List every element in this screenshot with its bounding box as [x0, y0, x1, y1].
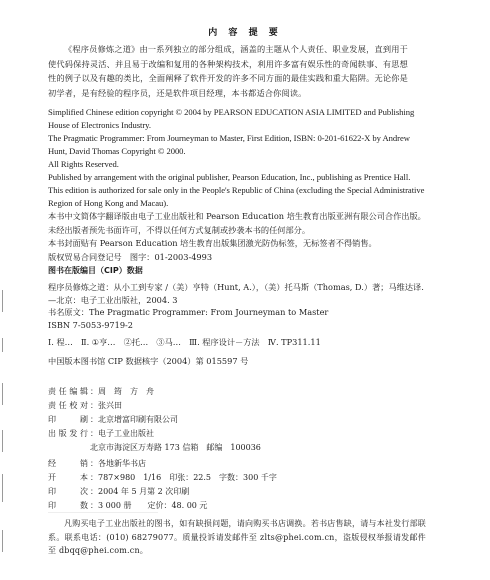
- copyright-cn-line: 本书封面贴有 Pearson Education 培生教育出版集团激光防伪标签，…: [48, 237, 413, 251]
- credit-row-proofreader: 责任校对： 张兴田: [48, 399, 348, 413]
- scan-edge-mark: [2, 474, 3, 502]
- copyright-cn-line: 本书中文简体字翻译版由电子工业出版社和 Pearson Education 培生…: [48, 210, 413, 224]
- copyright-line: All Rights Reserved.: [48, 158, 413, 171]
- scan-edge-mark: [2, 383, 3, 405]
- copyright-line: Simplified Chinese edition copyright © 2…: [48, 106, 413, 119]
- copyright-cn-line: 版权贸易合同登记号 图字：01-2003-4993: [48, 251, 413, 265]
- credit-row-distributor: 经 销： 各地新华书店: [48, 457, 348, 471]
- copyright-line: House of Electronics Industry.: [48, 119, 413, 132]
- credit-row-format: 开 本： 787×980 1/16 印张：22.5 字数：300 千字: [48, 471, 348, 485]
- credit-label: 出版发行: [48, 427, 88, 441]
- cip-line: —北京：电子工业出版社，2004. 3: [48, 294, 413, 307]
- copyright-line: This edition is authorized for sale only…: [48, 184, 413, 197]
- cip-line: ISBN 7-5053-9719-2: [48, 319, 413, 332]
- credit-label: 印 次: [48, 485, 88, 499]
- credit-value: 各地新华书店: [98, 457, 146, 471]
- credit-label: 印 刷: [48, 413, 88, 427]
- classification-line: Ⅰ. 程… Ⅱ. ①亨… ②托… ③马… Ⅲ. 程序设计－方法 Ⅳ. TP311…: [48, 336, 413, 349]
- credit-row-print-run: 印 数： 3 000 册 定价：48. 00 元: [48, 499, 348, 513]
- credit-row-editor: 责任编辑： 周 筠 方 舟: [48, 385, 348, 399]
- cip-library-record: 中国版本图书馆 CIP 数据核字（2004）第 015597 号: [48, 355, 413, 368]
- credit-row-edition: 印 次： 2004 年 5 月第 2 次印刷: [48, 485, 348, 499]
- credit-value: 3 000 册 定价：48. 00 元: [98, 499, 207, 513]
- credit-value: 张兴田: [98, 399, 122, 413]
- credit-row-printer: 印 刷： 北京增富印刷有限公司: [48, 413, 348, 427]
- credit-value: 电子工业出版社: [98, 427, 154, 441]
- credit-value: 北京增富印刷有限公司: [98, 413, 178, 427]
- publishing-credits: 责任编辑： 周 筠 方 舟 责任校对： 张兴田 印 刷： 北京增富印刷有限公司 …: [48, 385, 348, 513]
- copyright-line: The Pragmatic Programmer: From Journeyma…: [48, 132, 413, 145]
- credit-label: 印 数: [48, 499, 88, 513]
- scan-edge-mark: [2, 530, 3, 552]
- credit-label: 经 销: [48, 457, 88, 471]
- credit-label: 责任校对: [48, 399, 88, 413]
- library-record-line: 中国版本图书馆 CIP 数据核字（2004）第 015597 号: [48, 355, 413, 368]
- copyright-notice-chinese: 本书中文简体字翻译版由电子工业出版社和 Pearson Education 培生…: [48, 210, 413, 264]
- credit-label: 开 本: [48, 471, 88, 485]
- copyright-line: Region of Hong Kong and Macau).: [48, 197, 413, 210]
- copyright-page: 内 容 提 要 《程序员修炼之道》由一系列独立的部分组成，涵盖的主题从个人责任、…: [0, 0, 490, 580]
- cip-record: 程序员修炼之道：从小工到专家 /（美）亨特（Hunt, A.），（美）托马斯（T…: [48, 281, 413, 331]
- footer-notice: 凡购买电子工业出版社的图书，如有缺损问题，请向购买书店调换。若书店售缺，请与本社…: [48, 517, 426, 558]
- abstract-paragraph: 《程序员修炼之道》由一系列独立的部分组成，涵盖的主题从个人责任、职业发展，直到用…: [48, 42, 408, 100]
- address-value: 北京市海淀区万寿路 173 信箱 邮编 100036: [90, 441, 261, 455]
- copyright-line: Published by arrangement with the origin…: [48, 171, 413, 184]
- divider: [48, 512, 158, 513]
- credit-value: 周 筠 方 舟: [98, 385, 154, 399]
- cip-line: 书名原文：The Pragmatic Programmer: From Jour…: [48, 306, 413, 319]
- publisher-address: 北京市海淀区万寿路 173 信箱 邮编 100036: [48, 441, 348, 455]
- credit-row-publisher: 出版发行： 电子工业出版社: [48, 427, 348, 441]
- scan-edge-mark: [2, 430, 3, 452]
- cip-heading-block: 图书在版编目（CIP）数据: [48, 264, 413, 277]
- copyright-cn-line: 未经出版者预先书面许可，不得以任何方式复制或抄袭本书的任何部分。: [48, 224, 413, 238]
- credit-label: 责任编辑: [48, 385, 88, 399]
- copyright-line: Hunt, David Thomas Copyright © 2000.: [48, 145, 413, 158]
- scan-edge-mark: [2, 290, 3, 312]
- scan-edge-mark: [2, 338, 3, 352]
- credit-value: 787×980 1/16 印张：22.5 字数：300 千字: [98, 471, 277, 485]
- cip-line: 程序员修炼之道：从小工到专家 /（美）亨特（Hunt, A.），（美）托马斯（T…: [48, 281, 413, 294]
- page-title: 内 容 提 要: [0, 25, 490, 38]
- copyright-notice-english: Simplified Chinese edition copyright © 2…: [48, 106, 413, 210]
- cip-classification: Ⅰ. 程… Ⅱ. ①亨… ②托… ③马… Ⅲ. 程序设计－方法 Ⅳ. TP311…: [48, 336, 413, 349]
- cip-heading: 图书在版编目（CIP）数据: [48, 264, 413, 277]
- credit-value: 2004 年 5 月第 2 次印刷: [98, 485, 189, 499]
